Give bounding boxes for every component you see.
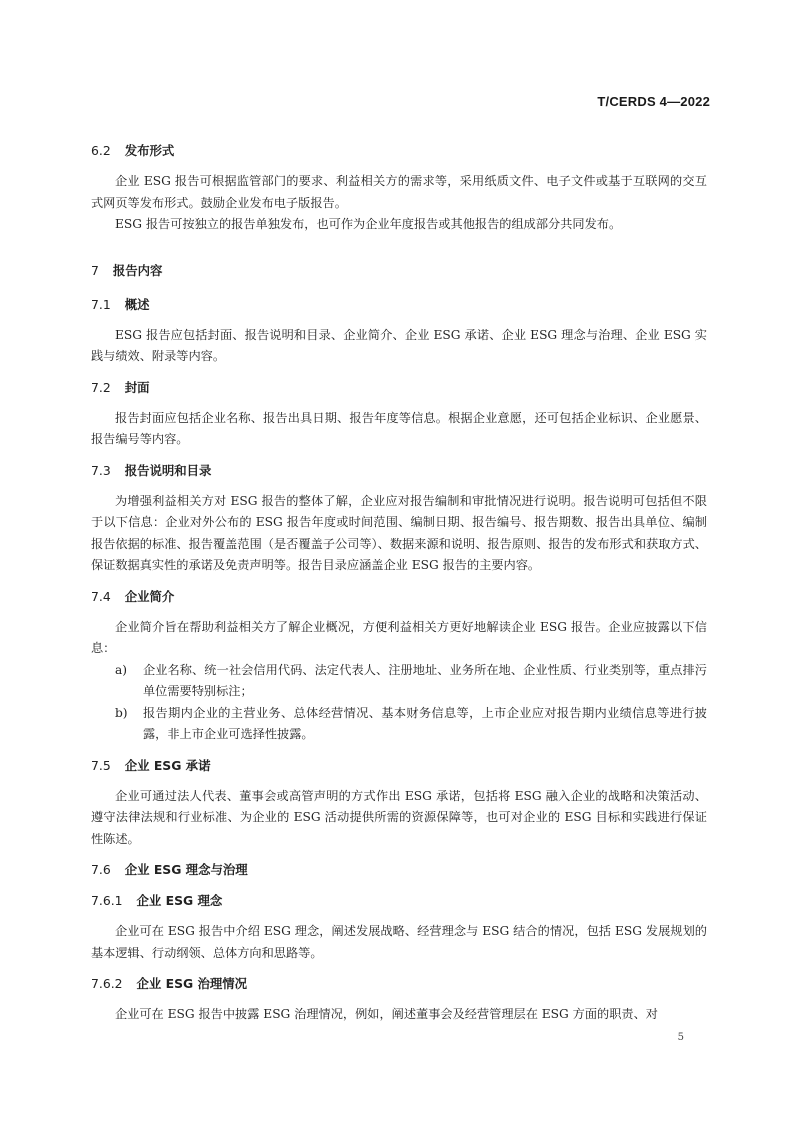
heading-7-3: 7.3报告说明和目录: [91, 460, 707, 482]
document-body: 6.2发布形式 企业 ESG 报告可根据监管部门的要求、利益相关方的需求等，采用…: [91, 140, 707, 1026]
heading-7-1: 7.1概述: [91, 294, 707, 316]
paragraph: 企业简介旨在帮助利益相关方了解企业概况，方便利益相关方更好地解读企业 ESG 报…: [91, 617, 707, 660]
paragraph: ESG 报告可按独立的报告单独发布，也可作为企业年度报告或其他报告的组成部分共同…: [91, 214, 707, 236]
list-marker: b): [115, 703, 128, 725]
heading-number: 7: [91, 260, 99, 282]
heading-7-6-2: 7.6.2企业 ESG 治理情况: [91, 973, 707, 995]
heading-title: 封面: [125, 380, 150, 395]
heading-7-6: 7.6企业 ESG 理念与治理: [91, 859, 707, 881]
heading-title: 报告内容: [113, 263, 163, 278]
heading-title: 企业简介: [125, 589, 175, 604]
heading-title: 企业 ESG 承诺: [125, 758, 211, 773]
paragraph: 企业 ESG 报告可根据监管部门的要求、利益相关方的需求等，采用纸质文件、电子文…: [91, 171, 707, 214]
heading-number: 7.6.1: [91, 890, 123, 912]
paragraph: 企业可在 ESG 报告中披露 ESG 治理情况，例如，阐述董事会及经营管理层在 …: [91, 1004, 707, 1026]
page-number: 5: [678, 1032, 684, 1043]
heading-number: 7.2: [91, 377, 111, 399]
heading-7-2: 7.2封面: [91, 377, 707, 399]
list-marker: a): [115, 660, 127, 682]
paragraph: 企业可通过法人代表、董事会或高管声明的方式作出 ESG 承诺，包括将 ESG 融…: [91, 786, 707, 851]
heading-title: 企业 ESG 理念: [137, 893, 223, 908]
heading-number: 7.1: [91, 294, 111, 316]
heading-number: 7.5: [91, 755, 111, 777]
heading-number: 7.6: [91, 859, 111, 881]
paragraph: ESG 报告应包括封面、报告说明和目录、企业简介、企业 ESG 承诺、企业 ES…: [91, 325, 707, 368]
heading-title: 发布形式: [125, 143, 175, 158]
list-item-text: 报告期内企业的主营业务、总体经营情况、基本财务信息等，上市企业应对报告期内业绩信…: [143, 706, 707, 742]
list-item: b)报告期内企业的主营业务、总体经营情况、基本财务信息等，上市企业应对报告期内业…: [91, 703, 707, 746]
paragraph: 为增强利益相关方对 ESG 报告的整体了解，企业应对报告编制和审批情况进行说明。…: [91, 491, 707, 577]
list-item: a)企业名称、统一社会信用代码、法定代表人、注册地址、业务所在地、企业性质、行业…: [91, 660, 707, 703]
heading-title: 企业 ESG 理念与治理: [125, 862, 248, 877]
heading-number: 7.3: [91, 460, 111, 482]
heading-7-5: 7.5企业 ESG 承诺: [91, 755, 707, 777]
standard-code: T/CERDS 4—2022: [597, 94, 710, 109]
heading-title: 概述: [125, 297, 150, 312]
document-page: T/CERDS 4—2022 6.2发布形式 企业 ESG 报告可根据监管部门的…: [0, 0, 794, 1123]
heading-number: 6.2: [91, 140, 111, 162]
heading-number: 7.4: [91, 586, 111, 608]
heading-6-2: 6.2发布形式: [91, 140, 707, 162]
heading-title: 报告说明和目录: [125, 463, 212, 478]
heading-number: 7.6.2: [91, 973, 123, 995]
paragraph: 企业可在 ESG 报告中介绍 ESG 理念，阐述发展战略、经营理念与 ESG 结…: [91, 921, 707, 964]
heading-title: 企业 ESG 治理情况: [137, 976, 248, 991]
heading-7-4: 7.4企业简介: [91, 586, 707, 608]
list-item-text: 企业名称、统一社会信用代码、法定代表人、注册地址、业务所在地、企业性质、行业类别…: [143, 663, 707, 699]
heading-7: 7报告内容: [91, 260, 707, 282]
heading-7-6-1: 7.6.1企业 ESG 理念: [91, 890, 707, 912]
paragraph: 报告封面应包括企业名称、报告出具日期、报告年度等信息。根据企业意愿，还可包括企业…: [91, 408, 707, 451]
